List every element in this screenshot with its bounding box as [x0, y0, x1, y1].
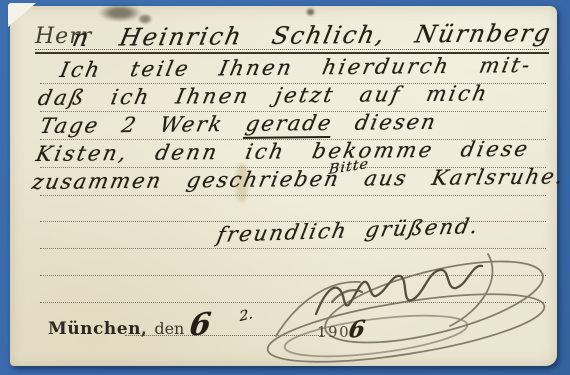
handwriting-line-2: Ich teile Ihnen hierdurch mit- [58, 53, 534, 82]
printed-den: den [154, 319, 184, 338]
ink-smudge [98, 4, 142, 22]
handwriting-line-4: Tage 2 Werk gerade diesen [38, 110, 439, 138]
printed-year-prefix: 190 [317, 323, 350, 341]
ink-smudge [306, 8, 315, 16]
handwriting-line-5: Kisten, denn ich bekomme diese [34, 137, 532, 166]
printed-city: München, [48, 319, 147, 339]
handwritten-month-mark: 2. [239, 306, 254, 325]
ruled-line [40, 195, 546, 196]
handwriting-line-6: zusammen geschrieben aus Karlsruhe. [30, 164, 567, 194]
handwriting-line-4-pre: Tage 2 Werk [38, 112, 249, 138]
handwriting-underlined-word: gerade [243, 111, 335, 139]
handwritten-address-line: n Heinrich Schlich, Nürnberg [70, 19, 554, 52]
postcard-paper: Herr n Heinrich Schlich, Nürnberg Ich te… [10, 6, 557, 366]
handwriting-line-4-post: diesen [330, 110, 439, 135]
signature-flourish [258, 238, 558, 366]
handwritten-day: 6 [188, 306, 213, 344]
torn-corner [8, 3, 36, 27]
postcard-scan: Herr n Heinrich Schlich, Nürnberg Ich te… [0, 0, 570, 375]
handwriting-line-3: daß ich Ihnen jetzt auf mich [36, 81, 491, 110]
printed-city-date-line: München,den [48, 319, 184, 339]
